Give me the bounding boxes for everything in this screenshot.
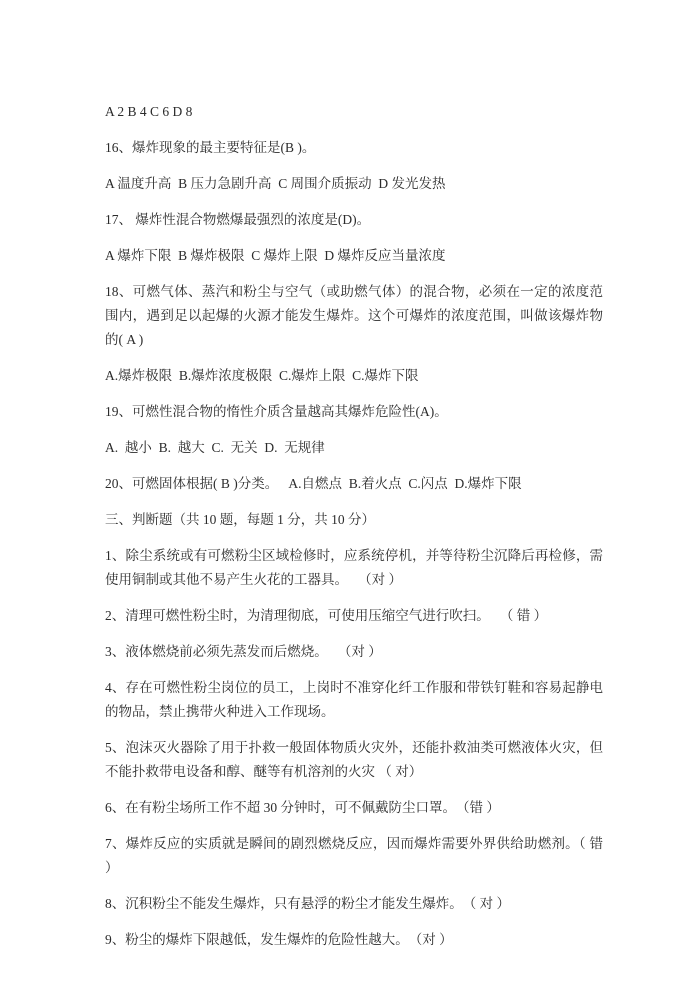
tf-question-5: 5、泡沫灭火器除了用于扑救一般固体物质火灾外，还能扑救油类可燃液体火灾，但不能扑… — [105, 736, 603, 784]
mc-options-17: A 爆炸下限 B 爆炸极限 C 爆炸上限 D 爆炸反应当量浓度 — [105, 244, 603, 268]
mc-question-16: 16、爆炸现象的最主要特征是(B )。 — [105, 136, 603, 160]
tf-question-3: 3、液体燃烧前必须先蒸发而后燃烧。 （对 ） — [105, 640, 603, 664]
answer-key-line: A 2 B 4 C 6 D 8 — [105, 100, 603, 124]
mc-question-19: 19、可燃性混合物的惰性介质含量越高其爆炸危险性(A)。 — [105, 400, 603, 424]
mc-question-17: 17、 爆炸性混合物燃爆最强烈的浓度是(D)。 — [105, 208, 603, 232]
tf-question-1: 1、除尘系统或有可燃粉尘区域检修时，应系统停机，并等待粉尘沉降后再检修，需使用铜… — [105, 544, 603, 592]
mc-question-18: 18、可燃气体、蒸汽和粉尘与空气（或助燃气体）的混合物，必须在一定的浓度范围内，… — [105, 280, 603, 352]
mc-options-19: A. 越小 B. 越大 C. 无关 D. 无规律 — [105, 436, 603, 460]
exam-document-page: A 2 B 4 C 6 D 8 16、爆炸现象的最主要特征是(B )。 A 温度… — [0, 0, 700, 990]
tf-question-2: 2、清理可燃性粉尘时，为清理彻底，可使用压缩空气进行吹扫。 （ 错 ） — [105, 604, 603, 628]
tf-question-8: 8、沉积粉尘不能发生爆炸，只有悬浮的粉尘才能发生爆炸。 （ 对 ） — [105, 892, 603, 916]
mc-options-16: A 温度升高 B 压力急剧升高 C 周围介质振动 D 发光发热 — [105, 172, 603, 196]
tf-question-6: 6、在有粉尘场所工作不超 30 分钟时，可不佩戴防尘口罩。 （错 ） — [105, 796, 603, 820]
tf-question-7: 7、爆炸反应的实质就是瞬间的剧烈燃烧反应，因而爆炸需要外界供给助燃剂。（ 错 ） — [105, 832, 603, 880]
tf-question-4: 4、存在可燃性粉尘岗位的员工，上岗时不准穿化纤工作服和带铁钉鞋和容易起静电的物品… — [105, 676, 603, 724]
tf-question-9: 9、粉尘的爆炸下限越低，发生爆炸的危险性越大。 （对 ） — [105, 928, 603, 952]
mc-options-18: A.爆炸极限 B.爆炸浓度极限 C.爆炸上限 C.爆炸下限 — [105, 364, 603, 388]
section-3-header: 三、判断题（共 10 题，每题 1 分，共 10 分） — [105, 508, 603, 532]
mc-question-20: 20、可燃固体根据( B )分类。 A.自燃点 B.着火点 C.闪点 D.爆炸下… — [105, 472, 603, 496]
